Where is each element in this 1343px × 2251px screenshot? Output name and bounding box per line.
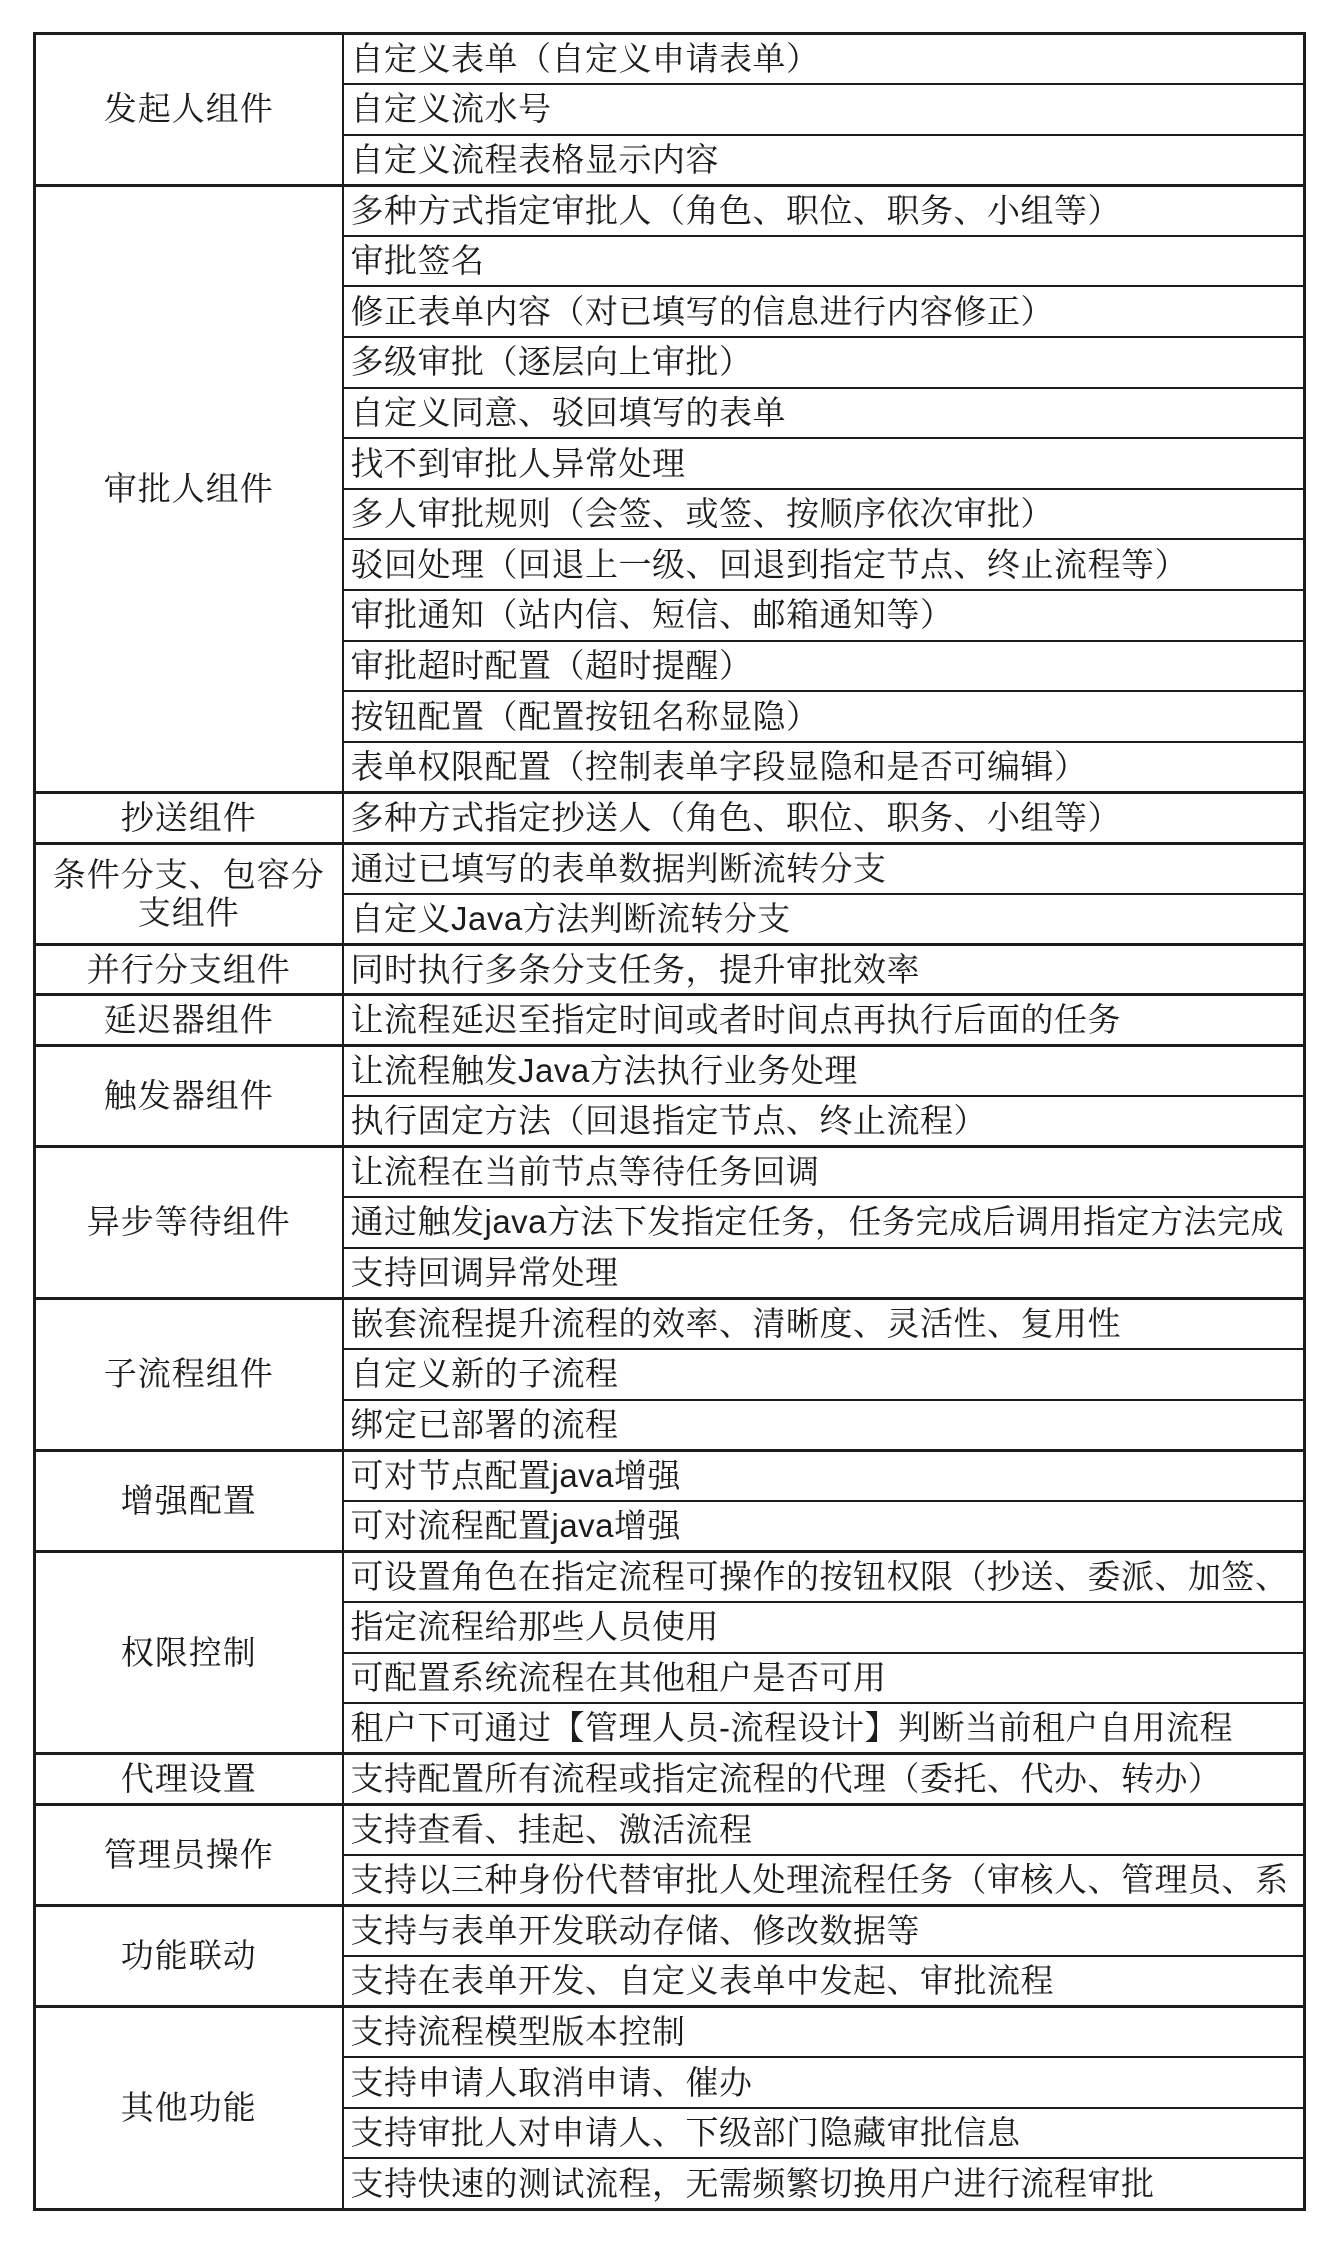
feature-cell: 通过触发java方法下发指定任务，任务完成后调用指定方法完成 — [343, 1197, 1305, 1248]
component-feature-table: 发起人组件自定义表单（自定义申请表单）自定义流水号自定义流程表格显示内容审批人组… — [33, 32, 1306, 2211]
section-label-cell: 其他功能 — [35, 2007, 343, 2209]
feature-table-body: 发起人组件自定义表单（自定义申请表单）自定义流水号自定义流程表格显示内容审批人组… — [35, 34, 1305, 2210]
feature-cell: 让流程触发Java方法执行业务处理 — [343, 1045, 1305, 1096]
feature-cell: 可配置系统流程在其他租户是否可用 — [343, 1653, 1305, 1704]
table-row: 并行分支组件同时执行多条分支任务，提升审批效率 — [35, 944, 1305, 995]
feature-cell: 自定义Java方法判断流转分支 — [343, 894, 1305, 945]
feature-cell: 可设置角色在指定流程可操作的按钮权限（抄送、委派、加签、 — [343, 1551, 1305, 1602]
feature-cell: 支持流程模型版本控制 — [343, 2007, 1305, 2058]
table-row: 其他功能支持流程模型版本控制 — [35, 2007, 1305, 2058]
section-label-cell: 并行分支组件 — [35, 944, 343, 995]
feature-cell: 多种方式指定抄送人（角色、职位、职务、小组等） — [343, 792, 1305, 843]
table-row: 审批人组件多种方式指定审批人（角色、职位、职务、小组等） — [35, 185, 1305, 236]
feature-cell: 审批超时配置（超时提醒） — [343, 641, 1305, 692]
feature-cell: 同时执行多条分支任务，提升审批效率 — [343, 944, 1305, 995]
section-label-cell: 异步等待组件 — [35, 1147, 343, 1299]
feature-cell: 支持与表单开发联动存储、修改数据等 — [343, 1905, 1305, 1956]
section-label-cell: 触发器组件 — [35, 1045, 343, 1146]
section-label-cell: 发起人组件 — [35, 34, 343, 186]
feature-cell: 找不到审批人异常处理 — [343, 438, 1305, 489]
section-label-cell: 抄送组件 — [35, 792, 343, 843]
feature-cell: 支持回调异常处理 — [343, 1248, 1305, 1299]
table-row: 权限控制可设置角色在指定流程可操作的按钮权限（抄送、委派、加签、 — [35, 1551, 1305, 1602]
section-label-cell: 功能联动 — [35, 1905, 343, 2006]
table-row: 发起人组件自定义表单（自定义申请表单） — [35, 34, 1305, 85]
table-row: 管理员操作支持查看、挂起、激活流程 — [35, 1804, 1305, 1855]
table-row: 子流程组件嵌套流程提升流程的效率、清晰度、灵活性、复用性 — [35, 1298, 1305, 1349]
feature-cell: 让流程延迟至指定时间或者时间点再执行后面的任务 — [343, 995, 1305, 1046]
feature-cell: 通过已填写的表单数据判断流转分支 — [343, 843, 1305, 894]
component-feature-table-container: 发起人组件自定义表单（自定义申请表单）自定义流水号自定义流程表格显示内容审批人组… — [33, 32, 1306, 2211]
feature-cell: 支持以三种身份代替审批人处理流程任务（审核人、管理员、系 — [343, 1855, 1305, 1906]
feature-cell: 多种方式指定审批人（角色、职位、职务、小组等） — [343, 185, 1305, 236]
feature-cell: 支持审批人对申请人、下级部门隐藏审批信息 — [343, 2108, 1305, 2159]
feature-cell: 绑定已部署的流程 — [343, 1400, 1305, 1451]
section-label-cell: 延迟器组件 — [35, 995, 343, 1046]
feature-cell: 修正表单内容（对已填写的信息进行内容修正） — [343, 286, 1305, 337]
section-label-cell: 管理员操作 — [35, 1804, 343, 1905]
table-row: 代理设置支持配置所有流程或指定流程的代理（委托、代办、转办） — [35, 1754, 1305, 1805]
feature-cell: 审批签名 — [343, 236, 1305, 287]
section-label-cell: 条件分支、包容分支组件 — [35, 843, 343, 944]
table-row: 异步等待组件让流程在当前节点等待任务回调 — [35, 1147, 1305, 1198]
feature-cell: 驳回处理（回退上一级、回退到指定节点、终止流程等） — [343, 539, 1305, 590]
section-label-cell: 增强配置 — [35, 1450, 343, 1551]
feature-cell: 自定义流水号 — [343, 84, 1305, 135]
feature-cell: 自定义新的子流程 — [343, 1349, 1305, 1400]
feature-cell: 多级审批（逐层向上审批） — [343, 337, 1305, 388]
feature-cell: 可对节点配置java增强 — [343, 1450, 1305, 1501]
section-label-cell: 权限控制 — [35, 1551, 343, 1753]
feature-cell: 指定流程给那些人员使用 — [343, 1602, 1305, 1653]
feature-cell: 自定义表单（自定义申请表单） — [343, 34, 1305, 85]
section-label-cell: 代理设置 — [35, 1754, 343, 1805]
feature-cell: 多人审批规则（会签、或签、按顺序依次审批） — [343, 489, 1305, 540]
table-row: 条件分支、包容分支组件通过已填写的表单数据判断流转分支 — [35, 843, 1305, 894]
feature-cell: 支持配置所有流程或指定流程的代理（委托、代办、转办） — [343, 1754, 1305, 1805]
table-row: 触发器组件让流程触发Java方法执行业务处理 — [35, 1045, 1305, 1096]
feature-cell: 让流程在当前节点等待任务回调 — [343, 1147, 1305, 1198]
feature-cell: 审批通知（站内信、短信、邮箱通知等） — [343, 590, 1305, 641]
feature-cell: 自定义同意、驳回填写的表单 — [343, 388, 1305, 439]
table-row: 增强配置可对节点配置java增强 — [35, 1450, 1305, 1501]
feature-cell: 租户下可通过【管理人员-流程设计】判断当前租户自用流程 — [343, 1703, 1305, 1754]
feature-cell: 执行固定方法（回退指定节点、终止流程） — [343, 1096, 1305, 1147]
feature-cell: 嵌套流程提升流程的效率、清晰度、灵活性、复用性 — [343, 1298, 1305, 1349]
section-label-cell: 审批人组件 — [35, 185, 343, 792]
section-label-cell: 子流程组件 — [35, 1298, 343, 1450]
feature-cell: 支持申请人取消申请、催办 — [343, 2057, 1305, 2108]
feature-cell: 可对流程配置java增强 — [343, 1501, 1305, 1552]
feature-cell: 表单权限配置（控制表单字段显隐和是否可编辑） — [343, 742, 1305, 793]
feature-cell: 按钮配置（配置按钮名称显隐） — [343, 691, 1305, 742]
feature-cell: 支持在表单开发、自定义表单中发起、审批流程 — [343, 1956, 1305, 2007]
table-row: 延迟器组件让流程延迟至指定时间或者时间点再执行后面的任务 — [35, 995, 1305, 1046]
feature-cell: 支持快速的测试流程，无需频繁切换用户进行流程审批 — [343, 2158, 1305, 2209]
table-row: 功能联动支持与表单开发联动存储、修改数据等 — [35, 1905, 1305, 1956]
feature-cell: 自定义流程表格显示内容 — [343, 135, 1305, 186]
feature-cell: 支持查看、挂起、激活流程 — [343, 1804, 1305, 1855]
table-row: 抄送组件多种方式指定抄送人（角色、职位、职务、小组等） — [35, 792, 1305, 843]
